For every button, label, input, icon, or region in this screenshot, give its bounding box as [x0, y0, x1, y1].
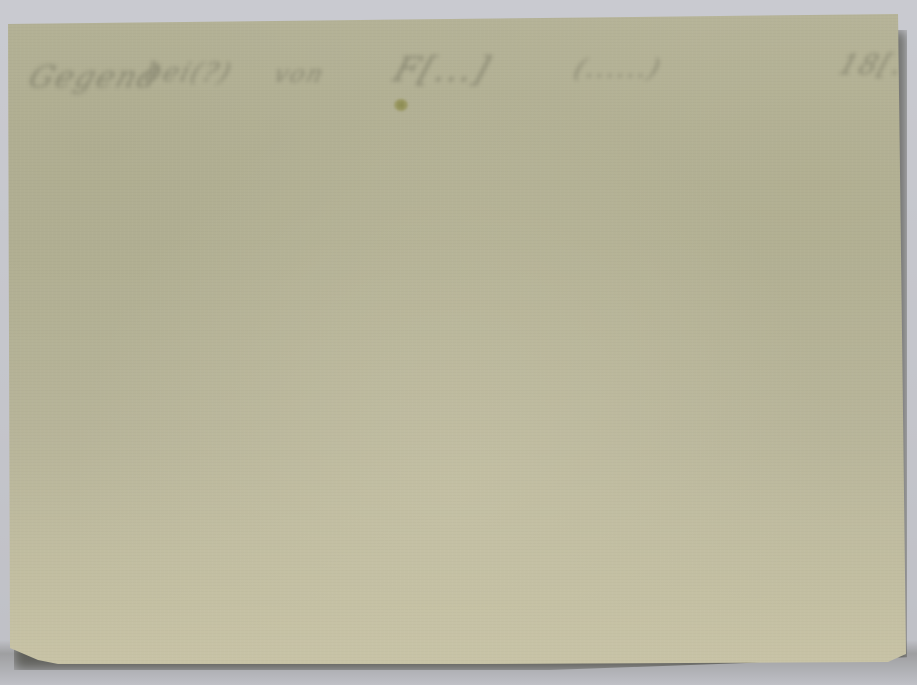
paper-card: Gegend bei(?) von F[...] (......) 18[..]	[8, 14, 906, 664]
handwritten-inscription: Gegend bei(?) von F[...] (......) 18[..]	[30, 50, 910, 120]
inscription-word: Gegend	[24, 60, 165, 95]
inscription-word: von	[270, 60, 329, 88]
inscription-word: bei(?)	[140, 58, 236, 88]
ink-stain	[394, 99, 408, 111]
inscription-word: (......)	[570, 54, 666, 84]
inscription-word: F[...]	[389, 50, 497, 90]
